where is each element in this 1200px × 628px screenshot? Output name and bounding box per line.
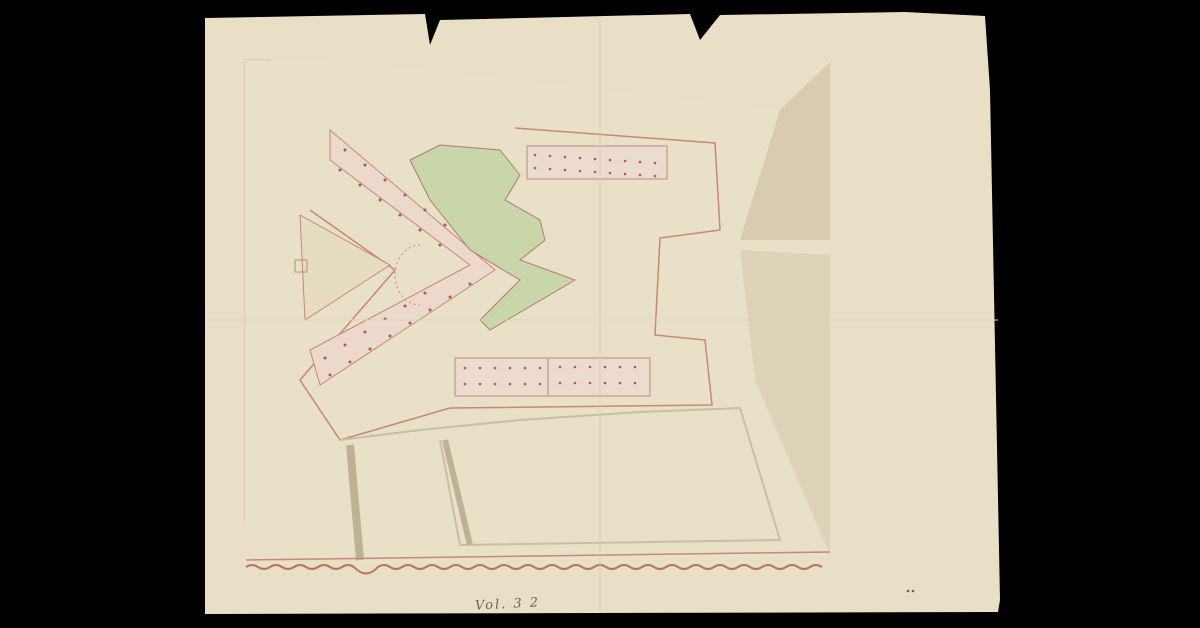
barracks-lower [455, 358, 650, 396]
barracks-upper [527, 146, 667, 179]
plan-drawing [0, 0, 1200, 628]
fortress-area [245, 55, 830, 565]
image-frame: Vol. 3 2 [0, 0, 1200, 628]
